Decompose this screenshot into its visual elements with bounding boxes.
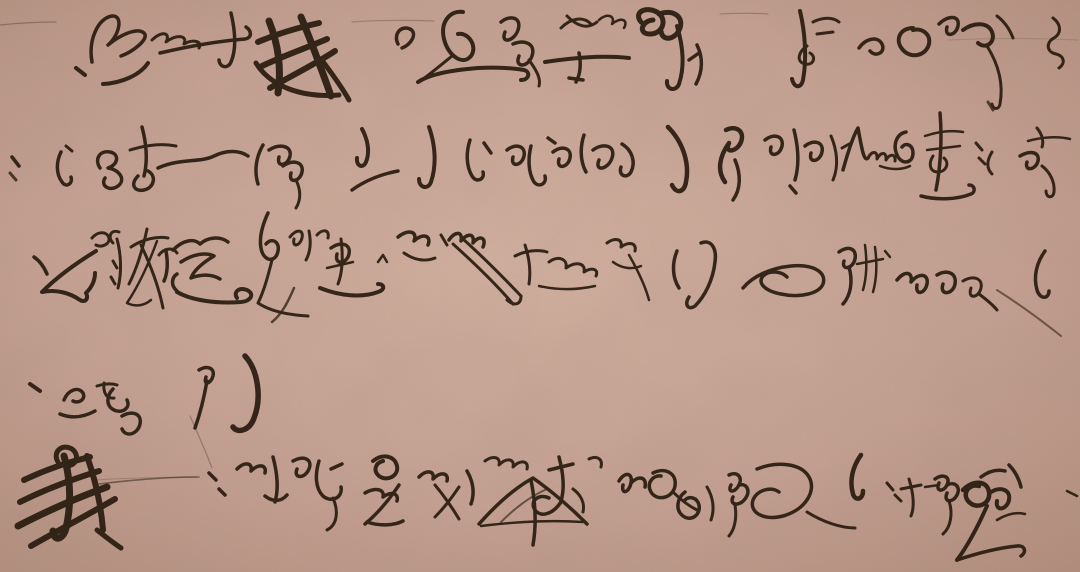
manuscript-canvas — [0, 0, 1080, 572]
manuscript-photo — [0, 0, 1080, 572]
